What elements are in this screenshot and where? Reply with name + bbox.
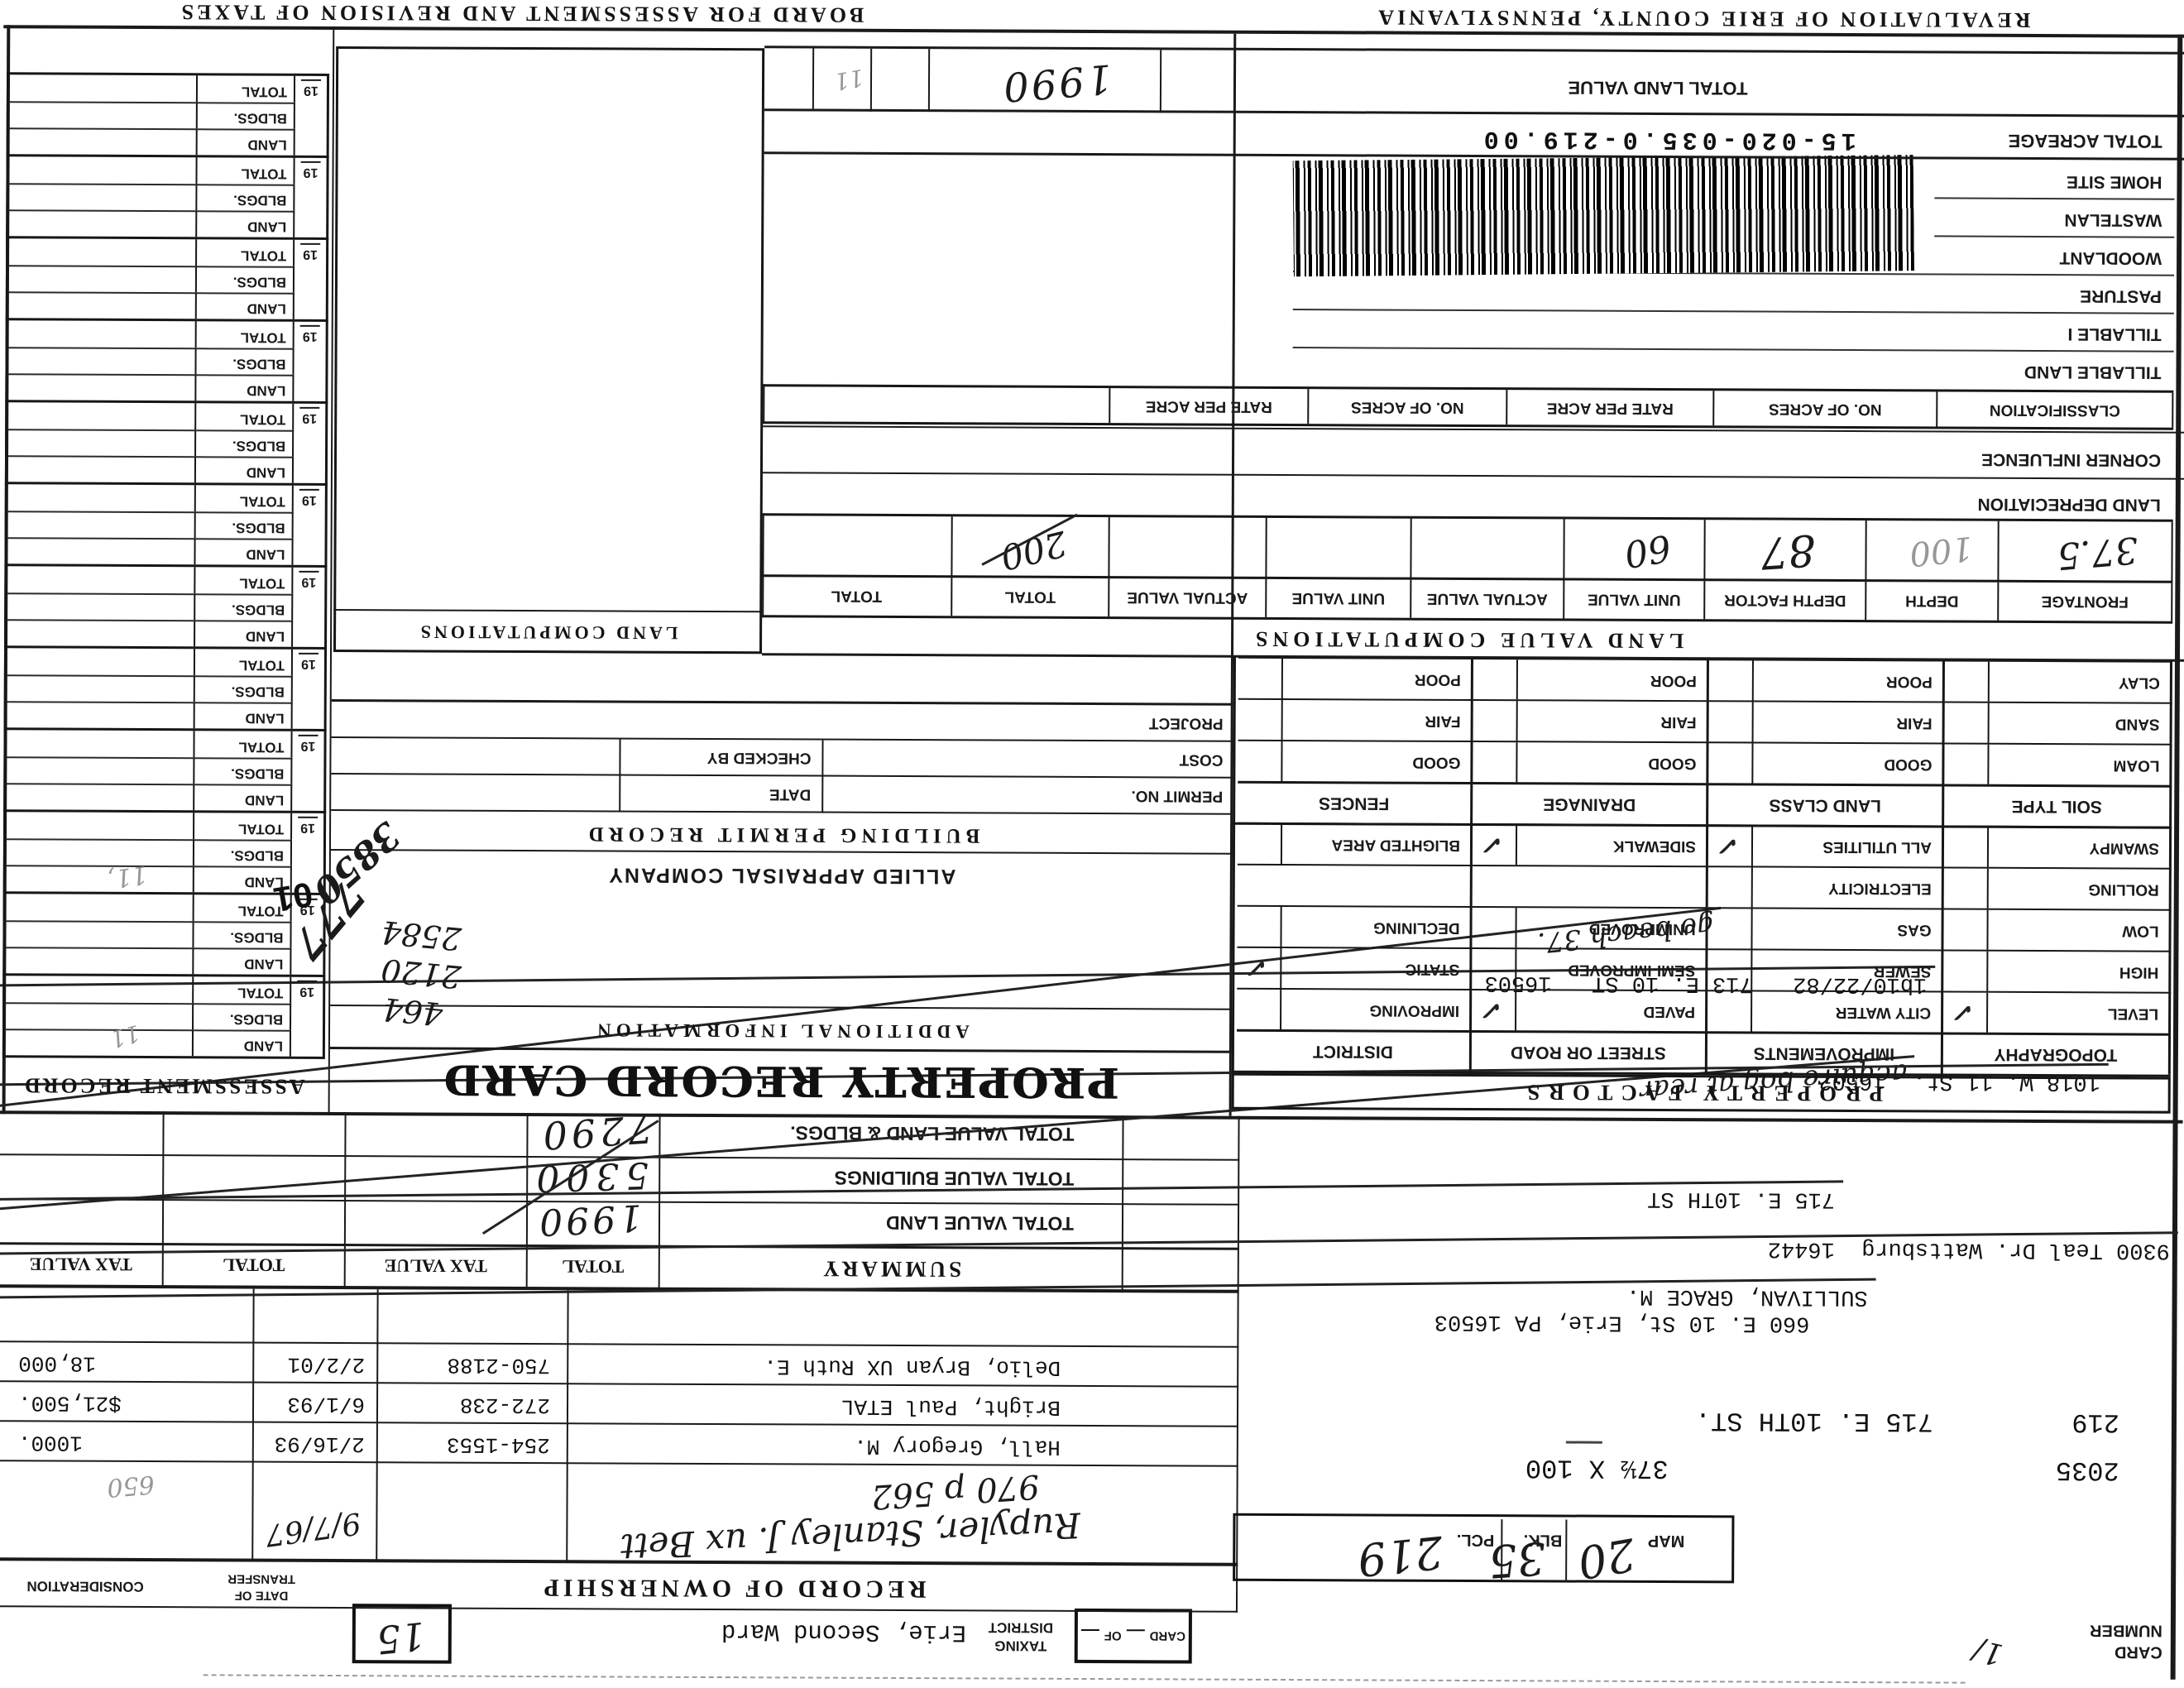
assessment-land-value-cell (5, 947, 194, 974)
lot-number: 2035 (2056, 1455, 2119, 1485)
assessment-total-value-cell (6, 730, 194, 757)
rate-per-acre-header-2: RATE PER ACRE (1110, 388, 1309, 424)
assessment-bldgs-value-cell (9, 101, 198, 128)
comp-header-depth-factor: DEPTH FACTOR (1705, 581, 1866, 620)
consideration-row2: 1000. (18, 1430, 196, 1455)
additional-information-header: ADDITIONAL INFORMATION (330, 1018, 1232, 1043)
assessment-land-label: LAND (194, 784, 292, 811)
assessment-year-blank (297, 981, 317, 982)
soil-sand-label: SAND (2115, 714, 2160, 732)
corner-influence-label: CORNER INFLUENCE (1981, 449, 2161, 470)
assessment-bldgs-label: BLDGS. (194, 921, 291, 948)
computations-table: FRONTAGE DEPTH DEPTH FACTOR UNIT VALUE A… (762, 513, 2173, 623)
card-of-box: CARD OF (1075, 1609, 1192, 1664)
addl-info-bldgs-handwritten: 2120 (380, 952, 462, 995)
map-blk-divider (1565, 1520, 1567, 1583)
card-of-blank2 (1081, 1629, 1099, 1642)
assessment-total-label: TOTAL (194, 731, 292, 758)
card-number-line2: NUMBER (2090, 1619, 2162, 1641)
permit-checked-by-label: CHECKED BY (707, 748, 812, 767)
assessment-total-value-cell (8, 238, 197, 266)
low-checkbox (1943, 909, 1988, 949)
assessment-land-value-cell (8, 291, 197, 319)
card-number-handwritten-mark: 1/ (1971, 1632, 2006, 1671)
factor-blighted-area-label: BLIGHTED AREA (1328, 836, 1460, 853)
fences-poor-checkbox (1238, 659, 1283, 698)
land-class-poor: POOR (1709, 659, 1945, 701)
assessment-record-title: ASSESSMENT RECORD (6, 1072, 322, 1099)
factor-low-label: LOW (2122, 921, 2158, 939)
paved-checkbox: ✓ (1472, 990, 1516, 1030)
property-record-card-scan: CARD NUMBER 1/ CARD OF TAXING DISTRICT E… (0, 0, 2184, 1688)
factor-static-label: STATIC (1406, 960, 1460, 978)
no-of-acres-header-1: NO. OF ACRES (1714, 391, 1937, 426)
assessment-total-label: TOTAL (196, 403, 294, 430)
tlv-cell-line-4 (812, 49, 814, 112)
comp-header-actual-value-1: ACTUAL VALUE (1411, 580, 1564, 619)
property-factors-title: PROPERTY FACTORS (1519, 1080, 1883, 1107)
assessment-year-prefix: 19 (303, 247, 318, 261)
assessment-year-prefix: 19 (303, 328, 318, 343)
assessment-year-blank (299, 489, 319, 491)
drainage-poor-checkbox (1473, 659, 1518, 699)
total-acreage-label: TOTAL ACREAGE (2008, 130, 2162, 152)
assessment-bldgs-value-cell (7, 429, 196, 456)
ownership-row-line-3 (0, 1380, 1238, 1388)
fences-good: GOOD (1238, 740, 1473, 782)
assessment-bldgs-label: BLDGS. (194, 839, 292, 866)
assessment-bldgs-label: BLDGS. (196, 511, 294, 539)
barcode-stripes (1293, 155, 1914, 276)
tlv-cell-line-3 (870, 49, 872, 112)
drainage-fair-label: FAIR (1660, 712, 1696, 731)
permit-no-label: PERMIT NO. (1131, 786, 1223, 804)
assessment-total-label: TOTAL (195, 649, 293, 676)
card-number-line1: CARD (2090, 1641, 2162, 1662)
ownership-row-line-1 (0, 1460, 1238, 1467)
transfer-date-handwritten: 9/7/67 (263, 1505, 362, 1551)
factors-header-district: DISTRICT (1237, 1029, 1472, 1072)
declining-checkbox (1237, 907, 1281, 947)
assessment-year-cell: 19 (295, 240, 326, 319)
assessment-group: 19 LAND BLDGS. TOTAL (6, 154, 328, 237)
factor-declining: DECLINING (1237, 905, 1472, 947)
assessment-year-cell: 19 (292, 731, 323, 811)
tlv-cell-line-2 (928, 49, 930, 112)
factor-gas: GAS (1707, 907, 1943, 949)
permit-cost-label: COST (1180, 750, 1224, 768)
assessment-total-label: TOTAL (194, 813, 292, 840)
sidewalk-checkbox: ✓ (1473, 825, 1517, 865)
assessment-year-blank (299, 735, 318, 736)
property-factors-title-bar: PROPERTY FACTORS (1232, 1073, 2171, 1114)
date-row3: 6/1/93 (287, 1392, 365, 1417)
factors-header-improvements: IMPROVEMENTS (1707, 1031, 1943, 1073)
fences-good-label: GOOD (1412, 753, 1460, 771)
unimproved-checkbox (1472, 908, 1516, 947)
factor-semi-improved-label: SEMI-IMPROVED (1554, 961, 1695, 978)
assessment-group: 19 LAND BLDGS. TOTAL (3, 727, 326, 811)
sand-checkbox (1945, 703, 1990, 742)
land-class-fair: FAIR (1709, 700, 1945, 742)
check-icon: ✓ (1483, 831, 1504, 860)
land-class-fair-label: FAIR (1896, 713, 1932, 731)
street-address: 715 E. 10TH ST. (1695, 1405, 1933, 1436)
factor-blank-1 (1473, 865, 1708, 907)
class-row-woodlant: WOODLANT (2059, 247, 2162, 268)
blighted-area-checkbox (1238, 824, 1282, 864)
tax-value-header-1: TAX VALUE (346, 1254, 526, 1277)
classification-header: CLASSIFICATION NO. OF ACRES RATE PER ACR… (763, 384, 2173, 429)
assessment-land-value-cell (7, 701, 195, 728)
assessment-year-cell: 19 (295, 158, 326, 237)
assessment-year-prefix: 19 (304, 83, 318, 98)
assessment-land-label: LAND (197, 210, 295, 237)
assessment-land-value-cell (6, 783, 194, 810)
factor-all-utilities: ALL UTILITIES✓ (1708, 824, 1944, 866)
pcl-label: PCL. (1457, 1530, 1495, 1549)
soil-clay-label: CLAY (2119, 673, 2160, 691)
assessment-faint-mark-2: 11, (106, 860, 149, 894)
assessment-year-cell: 19 (295, 76, 327, 156)
assessment-land-label: LAND (196, 456, 294, 483)
land-class-good-checkbox (1708, 743, 1753, 783)
total-land-value-handwritten: 1990 (999, 55, 1114, 110)
comp-header-total-1: TOTAL (952, 578, 1109, 616)
comp-value-depth-factor: 87 (1705, 520, 1866, 582)
assessment-bldgs-label: BLDGS. (195, 593, 293, 621)
appraisal-company: ALLIED APPRAISAL COMPANY (331, 861, 1233, 890)
class-row-tillable-1: TILLABLE I (2067, 324, 2161, 343)
card-of-of-label: OF (1104, 1629, 1122, 1643)
drainage-fair-checkbox (1473, 701, 1518, 741)
footer-board: BOARD FOR ASSESSMENT AND REVISION OF TAX… (179, 0, 864, 27)
assessment-bldgs-label: BLDGS. (196, 429, 294, 457)
assessment-year-blank (299, 571, 318, 573)
class-row-line-4 (1934, 235, 2174, 237)
class-row-pasture: PASTURE (2080, 285, 2162, 305)
land-computations-box (333, 46, 764, 654)
assessment-total-value-cell (8, 320, 197, 348)
owner-name-row4: Delio, Bryan UX Ruth E. (764, 1354, 1061, 1380)
factor-improving: IMPROVING (1237, 988, 1472, 1030)
assessment-land-value-cell (7, 455, 196, 482)
soil-header-drainage: DRAINAGE (1473, 782, 1708, 824)
assessment-bldgs-value-cell (7, 674, 195, 702)
assessment-bldgs-label: BLDGS. (196, 348, 294, 375)
depth-factor-handwritten: 87 (1759, 525, 1817, 578)
assessment-stamp-01: 01 (271, 874, 315, 919)
no-of-acres-header-2: NO. OF ACRES (1309, 389, 1507, 424)
assessment-total-value-cell (7, 484, 196, 511)
assessment-group: 19 LAND BLDGS. TOTAL (6, 236, 328, 319)
factor-level-label: LEVEL (2108, 1004, 2158, 1022)
addl-info-land-handwritten: 464 (381, 990, 444, 1032)
factor-blank-2 (1238, 864, 1473, 906)
assessment-group: 19 LAND BLDGS. TOTAL (4, 645, 327, 729)
factor-sidewalk: SIDEWALK✓ (1473, 823, 1708, 866)
assessment-year-blank (299, 407, 319, 409)
comp-value-total-1: 200 (952, 516, 1109, 578)
depth-handwritten: 100 (1908, 529, 1975, 573)
assessment-land-value-cell (7, 619, 195, 646)
soil-loam: LOAM (1944, 742, 2172, 784)
assessment-bldgs-value-cell (6, 838, 194, 866)
consideration-faint-handwritten: 650 (106, 1470, 156, 1503)
classification-header-cell: CLASSIFICATION (1937, 391, 2173, 427)
total-land-value-label: TOTAL LAND VALUE (1476, 76, 1840, 99)
assessment-year-blank (300, 243, 320, 245)
assessment-year-prefix: 19 (301, 656, 316, 671)
drainage-fair: FAIR (1473, 699, 1709, 741)
assessment-land-label: LAND (195, 620, 293, 647)
map-label: MAP (1648, 1531, 1685, 1550)
owner-name-handwritten: Rupyler, Stanley J. ux Bett (620, 1504, 1081, 1567)
factor-high-label: HIGH (2119, 962, 2159, 981)
comp-header-actual-value-2: ACTUAL VALUE (1109, 578, 1267, 617)
factor-unimproved: UNIMPROVED (1472, 906, 1707, 948)
factor-sewer-label: SEWER (1874, 961, 1932, 980)
soil-table: SOIL TYPE LAND CLASS DRAINAGE FENCES LOA… (1233, 657, 2172, 829)
soil-loam-label: LOAM (2113, 755, 2159, 774)
assessment-total-label: TOTAL (195, 567, 293, 594)
assessment-group: 19 LAND BLDGS. TOTAL (5, 400, 328, 483)
improving-checkbox (1237, 990, 1281, 1029)
permit-col-line-2 (619, 740, 620, 813)
land-depreciation-line (763, 472, 2184, 480)
factor-low: LOW (1943, 908, 2171, 950)
level-checkbox: ✓ (1943, 992, 1988, 1032)
address-line-sullivan: SULLIVAN, GRACE M. (0, 1275, 1868, 1310)
assessment-year-prefix: 19 (301, 738, 316, 753)
assessment-total-value-cell (5, 976, 194, 1003)
ownership-col-line-3 (251, 1289, 254, 1561)
factor-high: HIGH (1943, 949, 2171, 991)
factor-static: STATIC✓ (1237, 947, 1472, 989)
permit-project-label: PROJECT (1149, 713, 1224, 731)
factor-rolling: ROLLING (1944, 866, 2172, 909)
tax-value-header-2: TAX VALUE (0, 1253, 162, 1275)
assessment-bldgs-value-cell (5, 920, 194, 947)
loam-checkbox (1944, 744, 1989, 784)
total-land-value-top-line (764, 108, 2184, 117)
assessment-land-label: LAND (195, 538, 293, 565)
taxing-district-line2: DISTRICT (979, 1618, 1062, 1636)
barcode-number: 15-020-035.0-219.00 (1479, 124, 1856, 154)
deed-book-row4: 750-2188 (447, 1353, 550, 1379)
comp-value-frontage: 37.5 (1999, 521, 2172, 583)
total-header-2: TOTAL (164, 1254, 344, 1276)
fences-poor: POOR (1238, 657, 1473, 699)
permit-col-line-1 (821, 741, 823, 813)
consideration-row4: 18,000 (18, 1350, 196, 1376)
soil-sand: SAND (1945, 701, 2172, 743)
consideration-row3: $21,500. (18, 1390, 196, 1416)
card-of-blank1 (1127, 1629, 1145, 1642)
card-number-label: CARD NUMBER (2090, 1619, 2162, 1662)
assessment-land-label: LAND (197, 292, 295, 319)
assessment-bldgs-label: BLDGS. (197, 184, 295, 211)
frontage-handwritten: 37.5 (2056, 528, 2140, 577)
permit-row-line-3 (332, 699, 1233, 706)
assessment-group: 19 LAND BLDGS. TOTAL (7, 72, 329, 156)
fences-good-checkbox (1238, 741, 1282, 781)
assessment-total-label: TOTAL (198, 75, 295, 103)
drainage-good-checkbox (1473, 742, 1517, 782)
fences-poor-label: POOR (1415, 670, 1461, 688)
consideration-header: CONSIDERATION (0, 1577, 172, 1594)
factor-improving-label: IMPROVING (1369, 1000, 1459, 1019)
factor-rolling-label: ROLLING (2088, 880, 2159, 898)
date-of-transfer-line1: DATE OF (195, 1586, 328, 1604)
factor-city-water: CITY WATER (1707, 990, 1943, 1032)
assessment-year-cell: 19 (293, 650, 324, 729)
class-row-tillable-land: TILLABLE LAND (2024, 362, 2162, 382)
swampy-checkbox (1944, 827, 1989, 866)
assessment-year-prefix: 19 (299, 984, 314, 999)
comp-value-unit-value: 60 (1564, 519, 1705, 581)
property-record-card-title: PROPERTY RECORD CARD (330, 1055, 1232, 1108)
owner-name-row3: Bright, Paul ETAL (841, 1394, 1061, 1420)
comp-value-actual-1 (1411, 519, 1564, 581)
parcel-number: 219 (2071, 1407, 2119, 1437)
assessment-land-value-cell (7, 373, 196, 400)
assessment-total-value-cell (8, 156, 197, 184)
ownership-header-bottom-line (0, 1557, 1238, 1566)
assessment-year-blank (301, 79, 321, 81)
drainage-poor-label: POOR (1650, 671, 1697, 689)
factors-header-street: STREET OR ROAD (1472, 1030, 1707, 1072)
soil-header-fences: FENCES (1238, 781, 1473, 823)
fences-fair-checkbox (1238, 700, 1283, 740)
high-checkbox (1943, 951, 1988, 990)
assessment-land-value-cell (8, 209, 197, 237)
lot-dimensions: 37½ X 100 (1525, 1452, 1669, 1484)
factor-paved-label: PAVED (1643, 1002, 1695, 1020)
assessment-year-prefix: 19 (304, 165, 318, 180)
rate-per-acre-header-1: RATE PER ACRE (1507, 390, 1714, 425)
assessment-bldgs-label: BLDGS. (194, 1003, 291, 1030)
comp-value-total-2 (762, 516, 952, 578)
address-line-current: 660 E. 10 St, Erie, PA 16503 (1434, 1309, 1810, 1336)
ownership-col-line-1 (566, 1290, 568, 1561)
clay-checkbox (1945, 661, 1990, 701)
assessment-bldgs-value-cell (8, 265, 197, 292)
factor-level: LEVEL✓ (1943, 990, 2171, 1033)
land-depreciation-label: LAND DEPRECIATION (1977, 494, 2160, 515)
all-utilities-checkbox: ✓ (1708, 826, 1753, 866)
assessment-total-value-cell (6, 894, 194, 921)
ownership-header-top-line (0, 1605, 1238, 1613)
assessment-year-blank (298, 817, 318, 818)
assessment-total-value-cell (6, 812, 194, 839)
rolling-checkbox (1944, 868, 1989, 908)
assessment-bldgs-value-cell (6, 756, 194, 784)
assessment-land-value-cell (7, 537, 195, 564)
drainage-good: GOOD (1473, 741, 1708, 783)
land-class-poor-checkbox (1709, 660, 1754, 700)
assessment-year-blank (301, 161, 321, 163)
assessment-total-value-cell (7, 402, 196, 429)
check-icon: ✓ (1482, 996, 1503, 1025)
summary-label-land: TOTAL VALUE LAND (886, 1211, 1074, 1235)
assessment-group: 19 LAND BLDGS. TOTAL (5, 318, 328, 401)
assessment-year-cell: 19 (291, 977, 323, 1057)
class-row-wastelan: WASTELAN (2064, 209, 2162, 230)
assessment-year-cell: 19 (294, 404, 325, 483)
assessment-bldgs-value-cell (7, 592, 195, 620)
dimension-underline (1566, 1441, 1602, 1444)
drainage-poor: POOR (1473, 658, 1709, 700)
taxing-district-line1: TAXING (979, 1636, 1062, 1654)
assessment-total-label: TOTAL (196, 485, 294, 512)
class-row-line-5 (1934, 197, 2174, 199)
check-icon: ✓ (1954, 998, 1975, 1027)
check-icon: ✓ (1719, 832, 1740, 861)
electricity-checkbox (1708, 867, 1753, 907)
appraisal-line (331, 849, 1233, 855)
assessment-year-cell: 19 (294, 322, 325, 401)
semi-improved-checkbox (1472, 949, 1516, 989)
static-checkbox: ✓ (1237, 948, 1281, 988)
property-factors-table: TOPOGRAPHY IMPROVEMENTS STREET OR ROAD D… (1232, 822, 2172, 1077)
factor-swampy-label: SWAMPY (2089, 838, 2159, 856)
assessment-land-label: LAND (198, 128, 295, 156)
permit-row-line-1 (331, 773, 1233, 779)
building-permit-record-header: BUILDING PERMIT RECORD (331, 821, 1233, 848)
taxing-district-value: Erie, Second Ward (721, 1618, 966, 1646)
record-of-ownership-title: RECORD OF OWNERSHIP (443, 1573, 1023, 1604)
comp-value-depth: 100 (1866, 520, 1999, 583)
card-count-handwritten: 15 (375, 1614, 428, 1663)
factor-declining-label: DECLINING (1373, 918, 1460, 936)
tlv-cell-line-1 (1160, 50, 1161, 113)
barcode (1293, 155, 1914, 276)
class-row-home-site: HOME SITE (2067, 171, 2162, 192)
blk-value-handwritten: 35 (1487, 1532, 1548, 1587)
date-row2: 2/16/93 (275, 1431, 365, 1456)
assessment-total-label: TOTAL (197, 157, 295, 185)
map-value-handwritten: 20 (1574, 1527, 1639, 1589)
assessment-bldgs-label: BLDGS. (197, 266, 295, 293)
fences-fair: FAIR (1238, 698, 1473, 741)
left-edge-line (2171, 35, 2183, 1680)
assessment-year-blank (299, 653, 318, 655)
comp-header-total-2: TOTAL (762, 577, 952, 616)
assessment-bldgs-label: BLDGS. (198, 102, 295, 129)
assessment-bldgs-value-cell (7, 511, 196, 538)
permit-date-label: DATE (769, 784, 811, 803)
comp-header-unit-value-1: UNIT VALUE (1564, 580, 1705, 619)
assessment-total-value-cell (7, 648, 195, 675)
check-icon: ✓ (1248, 953, 1269, 982)
date-of-transfer-header: DATE OF TRANSFER (195, 1570, 328, 1604)
assessment-land-label: LAND (196, 374, 294, 401)
assessment-total-value-cell (7, 566, 195, 593)
addl-info-total-handwritten: 2584 (380, 914, 462, 957)
assessment-year-prefix: 19 (300, 820, 315, 835)
land-value-computations-title: LAND VALUE COMPUTATIONS (762, 624, 2172, 655)
assessment-group: 19 LAND BLDGS. TOTAL (4, 563, 327, 647)
ownership-col-line-2 (376, 1289, 378, 1561)
deed-book-row3: 272-238 (460, 1393, 550, 1417)
card-of-card-label: CARD (1150, 1629, 1185, 1643)
assessment-total-label: TOTAL (194, 976, 291, 1004)
comp-value-actual-2 (1109, 517, 1267, 579)
assessment-bldgs-value-cell (8, 183, 197, 210)
factor-unimproved-label: UNIMPROVED (1589, 919, 1696, 938)
assessment-land-value-cell (9, 127, 198, 155)
